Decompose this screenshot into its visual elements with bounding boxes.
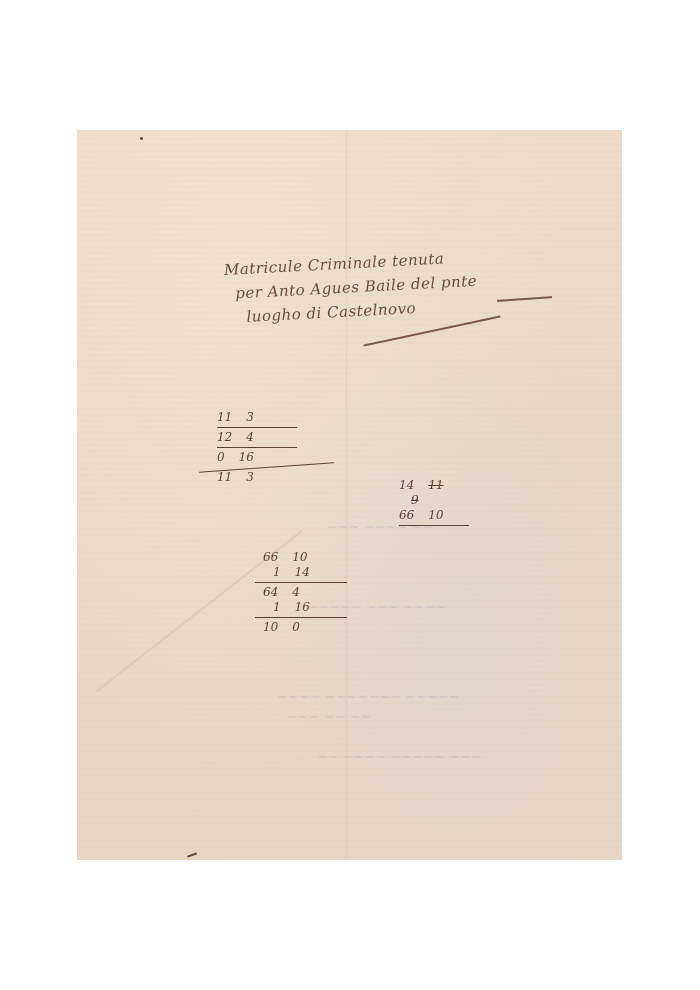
- sum-rule: [217, 447, 297, 448]
- calc-value: 4: [246, 430, 254, 445]
- bleed-through-text: ~~~~ ~~~~~~~ ~~~~~: [277, 690, 460, 705]
- calc-value: 16: [239, 450, 254, 465]
- document-heading: Matricule Criminale tenuta per Anto Ague…: [223, 238, 606, 330]
- calc-value: 11: [217, 410, 232, 425]
- calculation-1: 113 124 016 113: [217, 410, 297, 485]
- sum-rule: [217, 427, 297, 428]
- calc-value: 66: [263, 550, 278, 565]
- calc-value: 11: [428, 478, 443, 493]
- ink-mark: [187, 852, 197, 857]
- calc-value: 11: [217, 470, 232, 485]
- sum-rule: [255, 582, 347, 583]
- calc-value: 0: [217, 450, 225, 465]
- manuscript-page: Matricule Criminale tenuta per Anto Ague…: [77, 130, 622, 860]
- calc-value: 3: [246, 470, 254, 485]
- ink-speck: [140, 137, 143, 140]
- calc-value: 64: [263, 585, 278, 600]
- calc-value: 10: [292, 550, 307, 565]
- calc-value: 14: [295, 565, 310, 580]
- calc-value: 10: [263, 620, 278, 635]
- sum-rule: [255, 617, 347, 618]
- calculation-3: 6610 114 644 116 100: [255, 550, 350, 635]
- bleed-through-text: ~~~ ~~~~ ~~: [327, 520, 433, 535]
- calc-value: 4: [292, 585, 300, 600]
- calc-value: 0: [292, 620, 300, 635]
- calc-value: 12: [217, 430, 232, 445]
- calc-value: 3: [246, 410, 254, 425]
- calc-value: 1: [273, 600, 281, 615]
- struck-value: 9: [411, 493, 419, 508]
- calc-value: 1: [273, 565, 281, 580]
- calc-value: 14: [399, 478, 414, 493]
- bleed-through-text: ~~~~~ ~~~ ~~~~: [307, 600, 446, 615]
- bleed-through-text: ~~ ~~~~ ~~~~~ ~~~: [317, 750, 482, 765]
- bleed-through-text: ~~~ ~~ ~~: [287, 710, 372, 725]
